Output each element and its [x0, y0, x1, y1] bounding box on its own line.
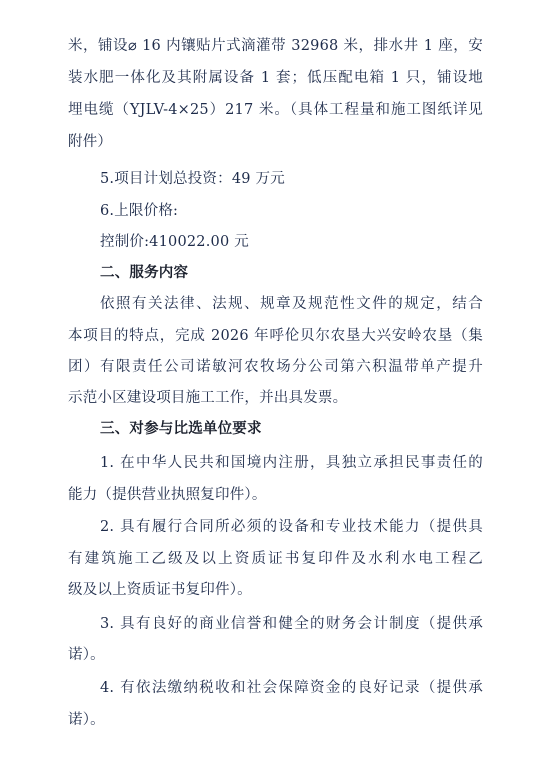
section-2-line-3: 团）有限责任公司诺敏河农牧场分公司第六积温带单产提升	[68, 357, 483, 377]
scope-line-4: 附件）	[68, 132, 483, 152]
scope-line-3: 埋电缆（YJLV-4×25）217 米。（具体工程量和施工图纸详见	[68, 100, 483, 120]
control-price: 控制价:410022.00 元	[100, 232, 483, 252]
price-limit-item: 6.上限价格:	[100, 201, 483, 221]
section-2-line-4: 示范小区建设项目施工工作，并出具发票。	[68, 388, 483, 408]
section-2-heading: 二、服务内容	[100, 263, 483, 283]
req-2-line-3: 级及以上资质证书复印件）。	[68, 580, 483, 600]
investment-item: 5.项目计划总投资：49 万元	[100, 169, 483, 189]
section-2-line-2: 本项目的特点，完成 2026 年呼伦贝尔农垦大兴安岭农垦（集	[68, 326, 483, 346]
section-2-line-1: 依照有关法律、法规、规章及规范性文件的规定，结合	[100, 294, 483, 314]
req-2-line-1: 2. 具有履行合同所必须的设备和专业技术能力（提供具	[100, 517, 483, 537]
req-4-line-2: 诺）。	[68, 710, 483, 730]
req-3-line-1: 3. 具有良好的商业信誉和健全的财务会计制度（提供承	[100, 614, 483, 634]
scope-line-1: 米，铺设⌀ 16 内镶贴片式滴灌带 32968 米，排水井 1 座，安	[68, 36, 483, 56]
req-1-line-2: 能力（提供营业执照复印件）。	[68, 485, 483, 505]
document-page: 米，铺设⌀ 16 内镶贴片式滴灌带 32968 米，排水井 1 座，安 装水肥一…	[0, 0, 539, 766]
section-3-heading: 三、对参与比选单位要求	[100, 419, 483, 439]
req-3-line-2: 诺）。	[68, 645, 483, 665]
req-1-line-1: 1. 在中华人民共和国境内注册，具独立承担民事责任的	[100, 453, 483, 473]
req-4-line-1: 4. 有依法缴纳税收和社会保障资金的良好记录（提供承	[100, 678, 483, 698]
scope-line-2: 装水肥一体化及其附属设备 1 套；低压配电箱 1 只，铺设地	[68, 68, 483, 88]
req-2-line-2: 有建筑施工乙级及以上资质证书复印件及水利水电工程乙	[68, 549, 483, 569]
